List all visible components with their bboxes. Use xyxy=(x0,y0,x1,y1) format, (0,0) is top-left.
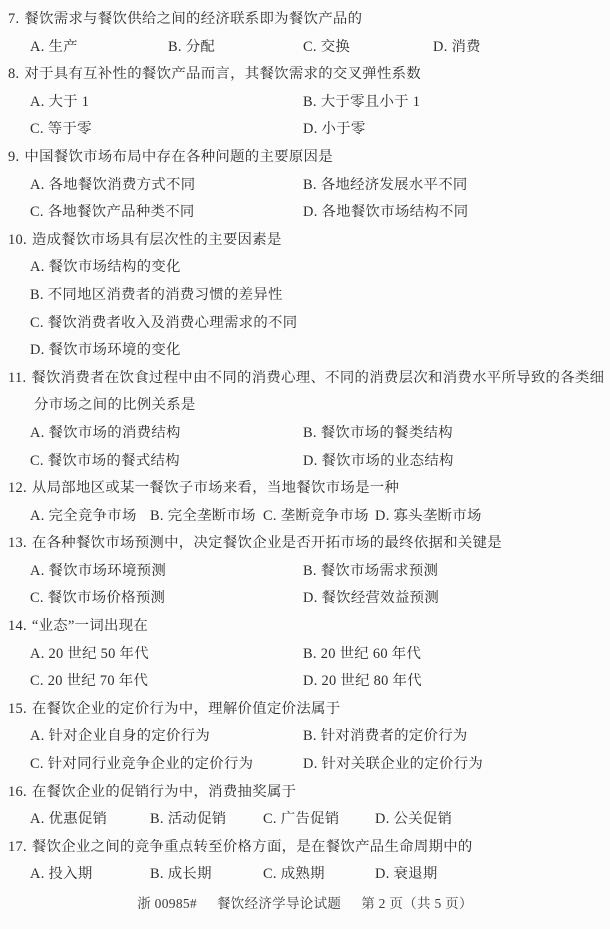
option-d: D. 小于零 xyxy=(303,116,366,144)
option-b: B. 分配 xyxy=(168,34,303,62)
options-row: C. 各地餐饮产品种类不同 D. 各地餐饮市场结构不同 xyxy=(8,199,602,227)
question-stem: 中国餐饮市场布局中存在各种问题的主要原因是 xyxy=(24,144,333,172)
question-10: 10. 造成餐饮市场具有层次性的主要因素是 A. 餐饮市场结构的变化 B. 不同… xyxy=(8,227,602,365)
options-row: A. 投入期 B. 成长期 C. 成熟期 D. 衰退期 xyxy=(8,861,602,889)
question-stem: 从局部地区或某一餐饮子市场来看，当地餐饮市场是一种 xyxy=(32,475,399,503)
option-c: C. 成熟期 xyxy=(263,861,375,889)
options-row: C. 20 世纪 70 年代 D. 20 世纪 80 年代 xyxy=(8,668,602,696)
question-stem: 造成餐饮市场具有层次性的主要因素是 xyxy=(32,227,282,255)
option-b: B. 餐饮市场需求预测 xyxy=(303,558,438,586)
option-c: C. 餐饮消费者收入及消费心理需求的不同 xyxy=(30,310,297,338)
options-row: A. 针对企业自身的定价行为 B. 针对消费者的定价行为 xyxy=(8,723,602,751)
options-row: A. 餐饮市场环境预测 B. 餐饮市场需求预测 xyxy=(8,558,602,586)
options-row: A. 餐饮市场结构的变化 xyxy=(8,254,602,282)
question-16: 16. 在餐饮企业的促销行为中，消费抽奖属于 A. 优惠促销 B. 活动促销 C… xyxy=(8,779,602,834)
question-7: 7. 餐饮需求与餐饮供给之间的经济联系即为餐饮产品的 A. 生产 B. 分配 C… xyxy=(8,6,602,61)
option-d: D. 各地餐饮市场结构不同 xyxy=(303,199,468,227)
question-stem: 餐饮企业之间的竞争重点转至价格方面，是在餐饮产品生命周期中的 xyxy=(32,834,473,862)
option-d: D. 餐饮经营效益预测 xyxy=(303,585,439,613)
option-d: D. 餐饮市场环境的变化 xyxy=(30,337,181,365)
question-stem: 对于具有互补性的餐饮产品而言，其餐饮需求的交叉弹性系数 xyxy=(24,61,421,89)
question-number: 9. xyxy=(8,144,19,172)
options-row: C. 等于零 D. 小于零 xyxy=(8,116,602,144)
page-footer: 浙 00985# 餐饮经济学导论试题 第 2 页（共 5 页） xyxy=(8,894,602,914)
question-14: 14. “业态”一词出现在 A. 20 世纪 50 年代 B. 20 世纪 60… xyxy=(8,613,602,696)
option-a: A. 大于 1 xyxy=(30,89,303,117)
options-row: A. 生产 B. 分配 C. 交换 D. 消费 xyxy=(8,34,602,62)
question-9: 9. 中国餐饮市场布局中存在各种问题的主要原因是 A. 各地餐饮消费方式不同 B… xyxy=(8,144,602,227)
options-row: D. 餐饮市场环境的变化 xyxy=(8,337,602,365)
option-d: D. 20 世纪 80 年代 xyxy=(303,668,422,696)
option-c: C. 交换 xyxy=(303,34,433,62)
option-b: B. 20 世纪 60 年代 xyxy=(303,641,421,669)
options-row: C. 针对同行业竞争企业的定价行为 D. 针对关联企业的定价行为 xyxy=(8,751,602,779)
options-row: A. 优惠促销 B. 活动促销 C. 广告促销 D. 公关促销 xyxy=(8,806,602,834)
option-a: A. 针对企业自身的定价行为 xyxy=(30,723,303,751)
option-c: C. 餐饮市场价格预测 xyxy=(30,585,303,613)
question-11: 11. 餐饮消费者在饮食过程中由不同的消费心理、不同的消费层次和消费水平所导致的… xyxy=(8,365,602,475)
option-b: B. 大于零且小于 1 xyxy=(303,89,420,117)
footer-course-code: 浙 00985# xyxy=(137,894,197,914)
question-17: 17. 餐饮企业之间的竞争重点转至价格方面，是在餐饮产品生命周期中的 A. 投入… xyxy=(8,834,602,889)
option-b: B. 餐饮市场的餐类结构 xyxy=(303,420,453,448)
option-b: B. 针对消费者的定价行为 xyxy=(303,723,468,751)
question-number: 15. xyxy=(8,696,27,724)
question-stem: 餐饮需求与餐饮供给之间的经济联系即为餐饮产品的 xyxy=(24,6,362,34)
option-d: D. 餐饮市场的业态结构 xyxy=(303,448,454,476)
option-b: B. 不同地区消费者的消费习惯的差异性 xyxy=(30,282,283,310)
option-c: C. 餐饮市场的餐式结构 xyxy=(30,448,303,476)
question-stem: 在各种餐饮市场预测中，决定餐饮企业是否开拓市场的最终依据和关键是 xyxy=(32,530,502,558)
question-number: 12. xyxy=(8,475,27,503)
option-d: D. 寡头垄断市场 xyxy=(375,503,482,531)
question-number: 10. xyxy=(8,227,27,255)
question-12: 12. 从局部地区或某一餐饮子市场来看，当地餐饮市场是一种 A. 完全竞争市场 … xyxy=(8,475,602,530)
question-number: 7. xyxy=(8,6,19,34)
options-row: A. 各地餐饮消费方式不同 B. 各地经济发展水平不同 xyxy=(8,172,602,200)
question-stem-continued: 分市场之间的比例关系是 xyxy=(8,392,602,420)
question-13: 13. 在各种餐饮市场预测中，决定餐饮企业是否开拓市场的最终依据和关键是 A. … xyxy=(8,530,602,613)
options-row: B. 不同地区消费者的消费习惯的差异性 xyxy=(8,282,602,310)
options-row: C. 餐饮市场的餐式结构 D. 餐饮市场的业态结构 xyxy=(8,448,602,476)
option-b: B. 完全垄断市场 xyxy=(150,503,263,531)
option-c: C. 各地餐饮产品种类不同 xyxy=(30,199,303,227)
option-b: B. 活动促销 xyxy=(150,806,263,834)
question-stem: “业态”一词出现在 xyxy=(32,613,148,641)
question-number: 11. xyxy=(8,365,26,393)
option-c: C. 20 世纪 70 年代 xyxy=(30,668,303,696)
option-d: D. 衰退期 xyxy=(375,861,438,889)
option-c: C. 广告促销 xyxy=(263,806,375,834)
option-b: B. 成长期 xyxy=(150,861,263,889)
options-row: A. 餐饮市场的消费结构 B. 餐饮市场的餐类结构 xyxy=(8,420,602,448)
option-d: D. 公关促销 xyxy=(375,806,452,834)
footer-exam-title: 餐饮经济学导论试题 xyxy=(217,894,341,914)
footer-page-number: 第 2 页（共 5 页） xyxy=(361,894,473,914)
options-row: A. 大于 1 B. 大于零且小于 1 xyxy=(8,89,602,117)
question-stem: 在餐饮企业的定价行为中，理解价值定价法属于 xyxy=(32,696,341,724)
option-a: A. 优惠促销 xyxy=(30,806,150,834)
option-a: A. 20 世纪 50 年代 xyxy=(30,641,303,669)
options-row: A. 20 世纪 50 年代 B. 20 世纪 60 年代 xyxy=(8,641,602,669)
question-8: 8. 对于具有互补性的餐饮产品而言，其餐饮需求的交叉弹性系数 A. 大于 1 B… xyxy=(8,61,602,144)
question-number: 13. xyxy=(8,530,27,558)
option-c: C. 等于零 xyxy=(30,116,303,144)
option-d: D. 针对关联企业的定价行为 xyxy=(303,751,483,779)
option-c: C. 垄断竞争市场 xyxy=(263,503,375,531)
option-a: A. 投入期 xyxy=(30,861,150,889)
question-number: 17. xyxy=(8,834,27,862)
question-stem: 在餐饮企业的促销行为中，消费抽奖属于 xyxy=(32,779,296,807)
option-a: A. 完全竞争市场 xyxy=(30,503,150,531)
option-a: A. 生产 xyxy=(30,34,168,62)
option-a: A. 各地餐饮消费方式不同 xyxy=(30,172,303,200)
option-d: D. 消费 xyxy=(433,34,481,62)
exam-page: 7. 餐饮需求与餐饮供给之间的经济联系即为餐饮产品的 A. 生产 B. 分配 C… xyxy=(0,0,610,929)
options-row: A. 完全竞争市场 B. 完全垄断市场 C. 垄断竞争市场 D. 寡头垄断市场 xyxy=(8,503,602,531)
question-number: 14. xyxy=(8,613,27,641)
options-row: C. 餐饮消费者收入及消费心理需求的不同 xyxy=(8,310,602,338)
question-15: 15. 在餐饮企业的定价行为中，理解价值定价法属于 A. 针对企业自身的定价行为… xyxy=(8,696,602,779)
option-a: A. 餐饮市场的消费结构 xyxy=(30,420,303,448)
option-c: C. 针对同行业竞争企业的定价行为 xyxy=(30,751,303,779)
options-row: C. 餐饮市场价格预测 D. 餐饮经营效益预测 xyxy=(8,585,602,613)
option-a: A. 餐饮市场结构的变化 xyxy=(30,254,181,282)
question-number: 8. xyxy=(8,61,19,89)
option-b: B. 各地经济发展水平不同 xyxy=(303,172,468,200)
option-a: A. 餐饮市场环境预测 xyxy=(30,558,303,586)
question-number: 16. xyxy=(8,779,27,807)
question-stem: 餐饮消费者在饮食过程中由不同的消费心理、不同的消费层次和消费水平所导致的各类细 xyxy=(31,365,604,393)
